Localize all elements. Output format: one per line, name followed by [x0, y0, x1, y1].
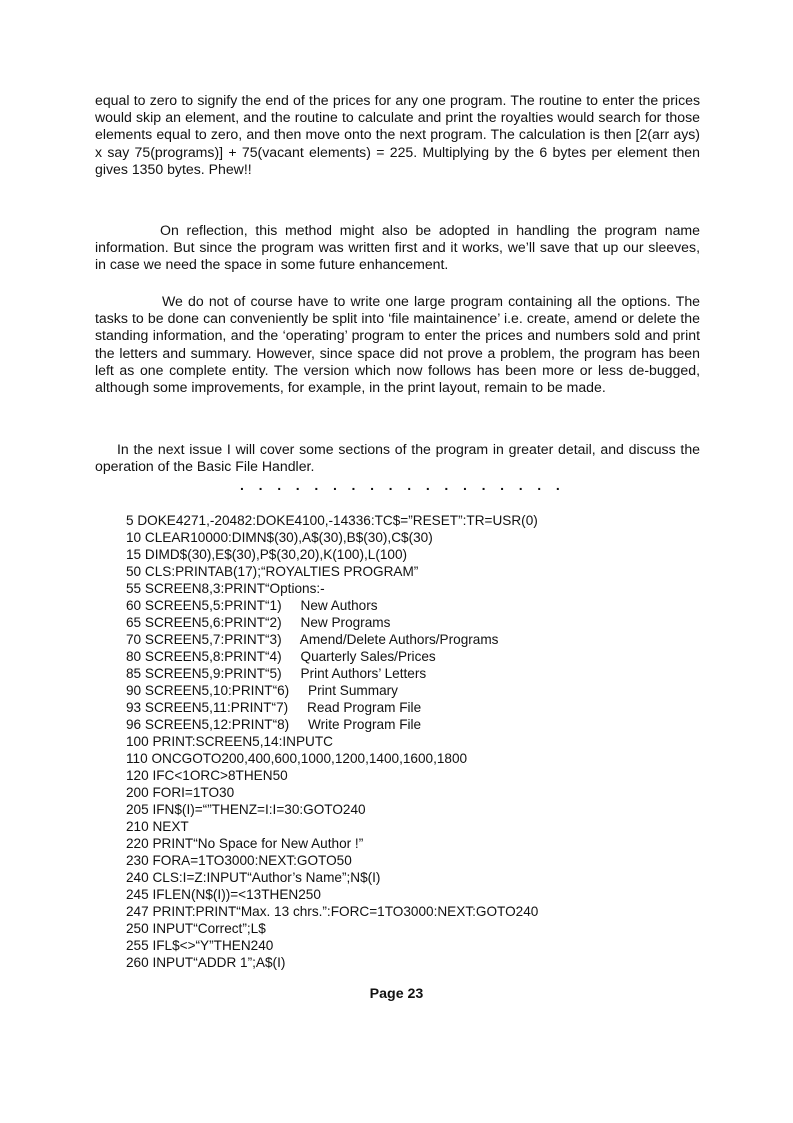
- separator-dot: .: [500, 477, 504, 493]
- separator-dot: .: [351, 477, 355, 493]
- code-line: 110 ONCGOTO200,400,600,1000,1200,1400,16…: [126, 750, 538, 767]
- code-line: 260 INPUT“ADDR 1”;A$(I): [126, 954, 538, 971]
- basic-program-listing: 5 DOKE4271,-20482:DOKE4100,-14336:TC$=”R…: [126, 512, 538, 971]
- separator-dot: .: [259, 477, 263, 493]
- separator-dot: .: [519, 477, 523, 493]
- separator-dot: .: [426, 477, 430, 493]
- separator-dot: .: [444, 477, 448, 493]
- code-line: 50 CLS:PRINTAB(17);“ROYALTIES PROGRAM”: [126, 563, 538, 580]
- separator-dot: .: [370, 477, 374, 493]
- paragraph-text: On reflection, this method might also be…: [95, 222, 700, 274]
- separator-dot: .: [463, 477, 467, 493]
- separator-dot: .: [314, 477, 318, 493]
- code-line: 10 CLEAR10000:DIMN$(30),A$(30),B$(30),C$…: [126, 529, 538, 546]
- paragraph-program-structure: We do not of course have to write one la…: [95, 293, 700, 396]
- separator-dot: .: [389, 477, 393, 493]
- page-number: Page 23: [0, 986, 793, 1002]
- code-line: 70 SCREEN5,7:PRINT“3) Amend/Delete Autho…: [126, 631, 538, 648]
- code-line: 5 DOKE4271,-20482:DOKE4100,-14336:TC$=”R…: [126, 512, 538, 529]
- code-line: 100 PRINT:SCREEN5,14:INPUTC: [126, 733, 538, 750]
- code-line: 205 IFN$(I)=“”THENZ=I:I=30:GOTO240: [126, 801, 538, 818]
- code-line: 80 SCREEN5,8:PRINT“4) Quarterly Sales/Pr…: [126, 648, 538, 665]
- separator-dot: .: [277, 477, 281, 493]
- separator-dot: .: [333, 477, 337, 493]
- separator-dot: .: [482, 477, 486, 493]
- code-line: 250 INPUT“Correct”;L$: [126, 920, 538, 937]
- code-line: 55 SCREEN8,3:PRINT“Options:-: [126, 580, 538, 597]
- code-line: 247 PRINT:PRINT“Max. 13 chrs.”:FORC=1TO3…: [126, 903, 538, 920]
- code-line: 210 NEXT: [126, 818, 538, 835]
- section-separator: ..................: [240, 477, 560, 493]
- code-line: 245 IFLEN(N$(I))=<13THEN250: [126, 886, 538, 903]
- code-line: 230 FORA=1TO3000:NEXT:GOTO50: [126, 852, 538, 869]
- code-line: 255 IFL$<>“Y”THEN240: [126, 937, 538, 954]
- code-line: 240 CLS:I=Z:INPUT“Author’s Name”;N$(I): [126, 869, 538, 886]
- code-line: 90 SCREEN5,10:PRINT“6) Print Summary: [126, 682, 538, 699]
- document-page: equal to zero to signify the end of the …: [0, 0, 793, 1123]
- code-line: 93 SCREEN5,11:PRINT“7) Read Program File: [126, 699, 538, 716]
- paragraph-text: We do not of course have to write one la…: [95, 293, 700, 396]
- separator-dot: .: [537, 477, 541, 493]
- separator-dot: .: [240, 477, 244, 493]
- paragraph-reflection: On reflection, this method might also be…: [95, 222, 700, 274]
- code-line: 15 DIMD$(30),E$(30),P$(30,20),K(100),L(1…: [126, 546, 538, 563]
- separator-dot: .: [296, 477, 300, 493]
- code-line: 120 IFC<1ORC>8THEN50: [126, 767, 538, 784]
- code-line: 60 SCREEN5,5:PRINT“1) New Authors: [126, 597, 538, 614]
- code-line: 85 SCREEN5,9:PRINT“5) Print Authors’ Let…: [126, 665, 538, 682]
- paragraph-text: equal to zero to signify the end of the …: [95, 92, 700, 178]
- separator-dot: .: [407, 477, 411, 493]
- code-line: 200 FORI=1TO30: [126, 784, 538, 801]
- paragraph-storage-calculation: equal to zero to signify the end of the …: [95, 92, 700, 178]
- separator-dot: .: [556, 477, 560, 493]
- paragraph-next-issue: In the next issue I will cover some sect…: [95, 441, 700, 475]
- code-line: 96 SCREEN5,12:PRINT“8) Write Program Fil…: [126, 716, 538, 733]
- code-line: 65 SCREEN5,6:PRINT“2) New Programs: [126, 614, 538, 631]
- paragraph-text: In the next issue I will cover some sect…: [95, 441, 700, 475]
- code-line: 220 PRINT“No Space for New Author !”: [126, 835, 538, 852]
